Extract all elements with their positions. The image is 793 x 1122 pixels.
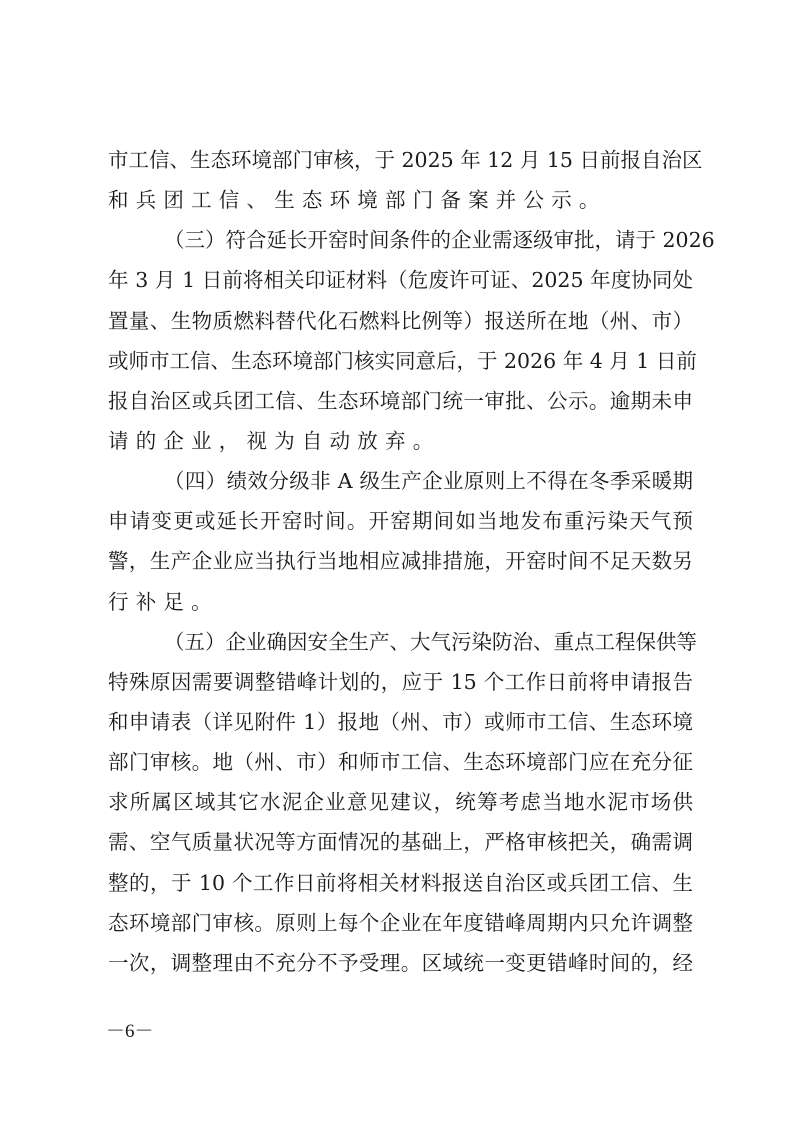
text-line: 和申请表（详见附件 1）报地（州、市）或师市工信、生态环境 <box>108 708 693 748</box>
text-line: 置量、生物质燃料替代化石燃料比例等）报送所在地（州、市） <box>108 307 693 347</box>
paragraph-3-first-line: （三）符合延长开窑时间条件的企业需逐级审批，请于 2026 <box>108 226 693 266</box>
text-line: 和兵团工信、生态环境部门备案并公示。 <box>108 186 693 226</box>
text-line: 报自治区或兵团工信、生态环境部门统一审批、公示。逾期未申 <box>108 387 693 427</box>
text-line: 或师市工信、生态环境部门核实同意后，于 2026 年 4 月 1 日前 <box>108 347 693 387</box>
text-line: 部门审核。地（州、市）和师市工信、生态环境部门应在充分征 <box>108 748 693 788</box>
page-number: －6－ <box>106 1016 154 1043</box>
text-line: 特殊原因需要调整错峰计划的，应于 15 个工作日前将申请报告 <box>108 668 693 708</box>
text-line: 市工信、生态环境部门审核，于 2025 年 12 月 15 日前报自治区 <box>108 146 693 186</box>
text-line: 需、空气质量状况等方面情况的基础上，严格审核把关，确需调 <box>108 828 693 868</box>
text-line: 态环境部门审核。原则上每个企业在年度错峰周期内只允许调整 <box>108 909 693 949</box>
text-line: 整的，于 10 个工作日前将相关材料报送自治区或兵团工信、生 <box>108 869 693 909</box>
text-line: 警，生产企业应当执行当地相应减排措施，开窑时间不足天数另 <box>108 547 693 587</box>
text-line: 求所属区域其它水泥企业意见建议，统筹考虑当地水泥市场供 <box>108 788 693 828</box>
body-text: 市工信、生态环境部门审核，于 2025 年 12 月 15 日前报自治区 和兵团… <box>108 146 693 989</box>
text-line: 申请变更或延长开窑时间。开窑期间如当地发布重污染天气预 <box>108 507 693 547</box>
paragraph-4-first-line: （四）绩效分级非 A 级生产企业原则上不得在冬季采暖期 <box>108 467 693 507</box>
text-line: 一次，调整理由不充分不予受理。区域统一变更错峰时间的，经 <box>108 949 693 989</box>
text-line: 请的企业，视为自动放弃。 <box>108 427 693 467</box>
paragraph-5-first-line: （五）企业确因安全生产、大气污染防治、重点工程保供等 <box>108 628 693 668</box>
text-line: 年 3 月 1 日前将相关印证材料（危废许可证、2025 年度协同处 <box>108 266 693 306</box>
text-line: 行补足。 <box>108 588 693 628</box>
document-page: 市工信、生态环境部门审核，于 2025 年 12 月 15 日前报自治区 和兵团… <box>0 0 793 1122</box>
